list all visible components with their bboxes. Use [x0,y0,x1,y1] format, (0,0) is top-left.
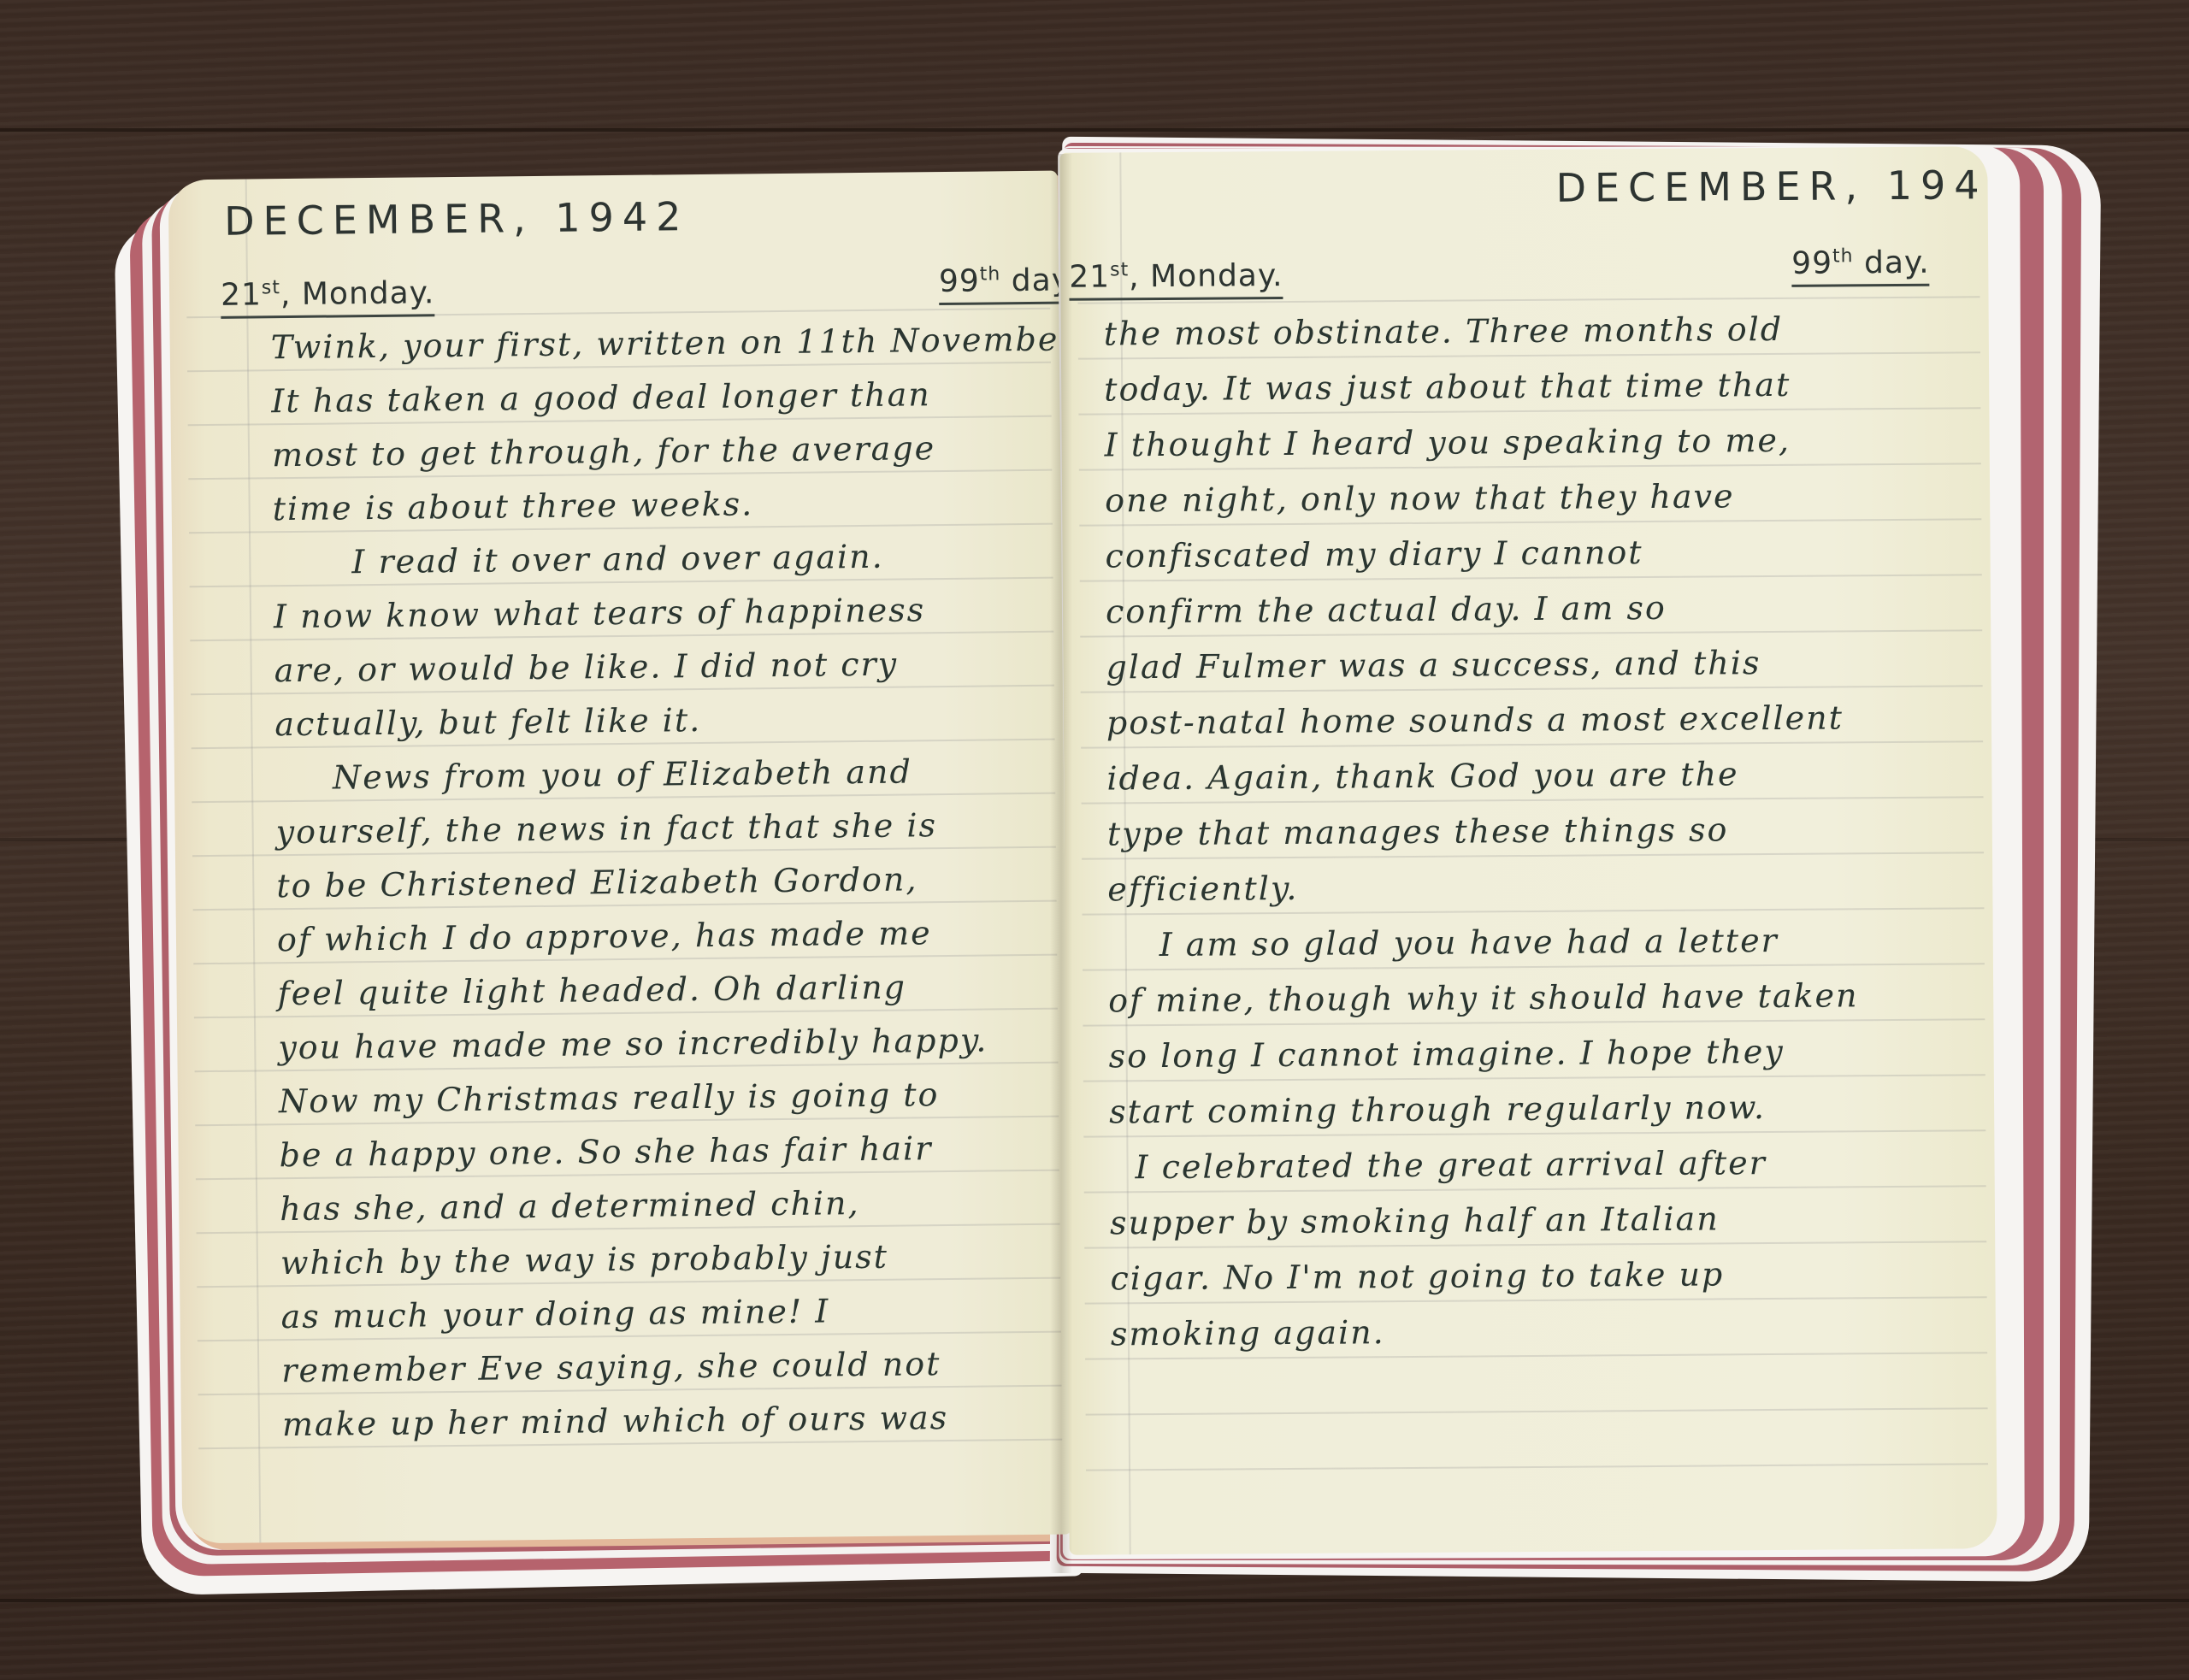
diary-line: Twink, your first, written on 11th Novem… [271,320,1072,366]
entry-date: 21st, Monday. [1069,258,1283,301]
rule-line [1081,740,1983,748]
date-suffix: st [1110,259,1129,280]
diary-line: cigar. No I'm not going to take up [1110,1255,1724,1297]
diary-line: It has taken a good deal longer than [271,375,931,420]
diary-line: idea. Again, thank God you are the [1106,755,1738,797]
diary-line: remember Eve saying, she could not [281,1345,941,1389]
diary-line: so long I cannot imagine. I hope they [1109,1033,1785,1076]
right-page: DECEMBER, 1942 21st, Monday. 99th day. t… [1059,146,1997,1555]
left-page-margin [245,180,262,1543]
day-count-number: 99 [1791,246,1832,281]
rule-line [1083,963,1985,970]
month-header: DECEMBER, 1942 [1555,162,1997,211]
rule-line [1082,852,1984,859]
diary-line: post-natal home sounds a most excellent [1106,699,1844,741]
diary-line: time is about three weeks. [272,485,753,528]
diary-line: type that manages these things so [1107,811,1729,852]
day-count-number: 99 [939,264,980,299]
diary-line: of mine, though why it should have taken [1108,976,1859,1019]
day-count-suffix: th [1832,245,1854,267]
diary-line: to be Christened Elizabeth Gordon, [276,860,918,905]
rule-line [1084,1241,1986,1248]
diary-line: glad Fulmer was a success, and this [1106,644,1761,686]
diary-line: the most obstinate. Three months old [1104,310,1784,353]
rule-line [1082,796,1984,804]
diary-line: yourself, the news in fact that she is [275,806,937,851]
diary-line: I now know what tears of happiness [274,591,926,635]
rule-line [192,793,1055,804]
rule-line [1086,1407,1988,1415]
date-weekday: , Monday. [280,275,435,312]
diary-line: efficiently. [1107,869,1298,909]
entry-date: 21st, Monday. [221,275,435,319]
diary-line: be a happy one. So she has fair hair [279,1129,932,1174]
diary-line: has she, and a determined chin, [280,1184,860,1228]
rule-line [1078,351,1980,359]
date-day: 21 [1069,259,1110,294]
diary-line: one night, only now that they have [1105,477,1735,519]
rule-line [1081,685,1983,693]
rule-line [1083,1018,1985,1026]
rule-line [1085,1296,1987,1304]
rule-line [1078,407,1980,415]
date-suffix: st [262,277,280,298]
diary-line: most to get through, for the average [272,429,936,474]
diary-line: you have made me so incredibly happy. [278,1022,988,1067]
date-day: 21 [221,277,262,312]
diary-line: today. It was just about that time that [1104,366,1791,409]
diary-line: of which I do approve, has made me [277,914,932,958]
day-count-word: day. [1853,245,1929,281]
diary-line: make up her mind which of ours was [282,1399,949,1443]
diary-line: actually, but felt like it. [274,701,701,743]
rule-line [190,577,1053,588]
diary-line: which by the way is probably just [280,1238,888,1282]
rule-line [1086,1463,1988,1471]
rule-line [1079,463,1981,470]
diary-line: smoking again. [1111,1313,1385,1353]
day-count: 99th day. [1791,245,1930,287]
diary-line: confirm the actual day. I am so [1106,589,1667,631]
book-spine-gutter [1050,154,1072,1573]
diary-line: start coming through regularly now. [1109,1088,1766,1130]
left-page: DECEMBER, 1942 21st, Monday. 99th day Tw… [168,171,1072,1544]
diary-line: I am so glad you have had a letter [1159,922,1779,964]
diary-line: as much your doing as mine! I [280,1292,829,1335]
rule-line [1080,629,1982,637]
diary-line: confiscated my diary I cannot [1105,533,1643,575]
rule-line [1084,1185,1986,1193]
diary-line: News from you of Elizabeth and [333,752,912,796]
table-plank-seam [0,1599,2189,1602]
rule-line [1080,574,1982,581]
diary-line: I thought I heard you speaking to me, [1105,421,1791,464]
date-weekday: , Monday. [1129,258,1283,294]
diary-line: feel quite light headed. Oh darling [277,969,906,1013]
diary-line: I celebrated the great arrival after [1135,1144,1767,1186]
table-plank-seam [0,128,2189,132]
diary-line: are, or would be like. I did not cry [274,645,898,690]
diary-line: supper by smoking half an Italian [1110,1200,1720,1241]
day-count-suffix: th [980,263,1001,285]
rule-line [1083,1129,1985,1137]
rule-line [1085,1352,1987,1359]
month-header: DECEMBER, 1942 [224,193,690,245]
rule-line [1083,1074,1985,1082]
diary-line: Now my Christmas really is going to [279,1076,940,1120]
rule-line [1079,518,1981,526]
rule-line [1083,907,1985,915]
diary-line: I read it over and over again. [351,538,884,581]
